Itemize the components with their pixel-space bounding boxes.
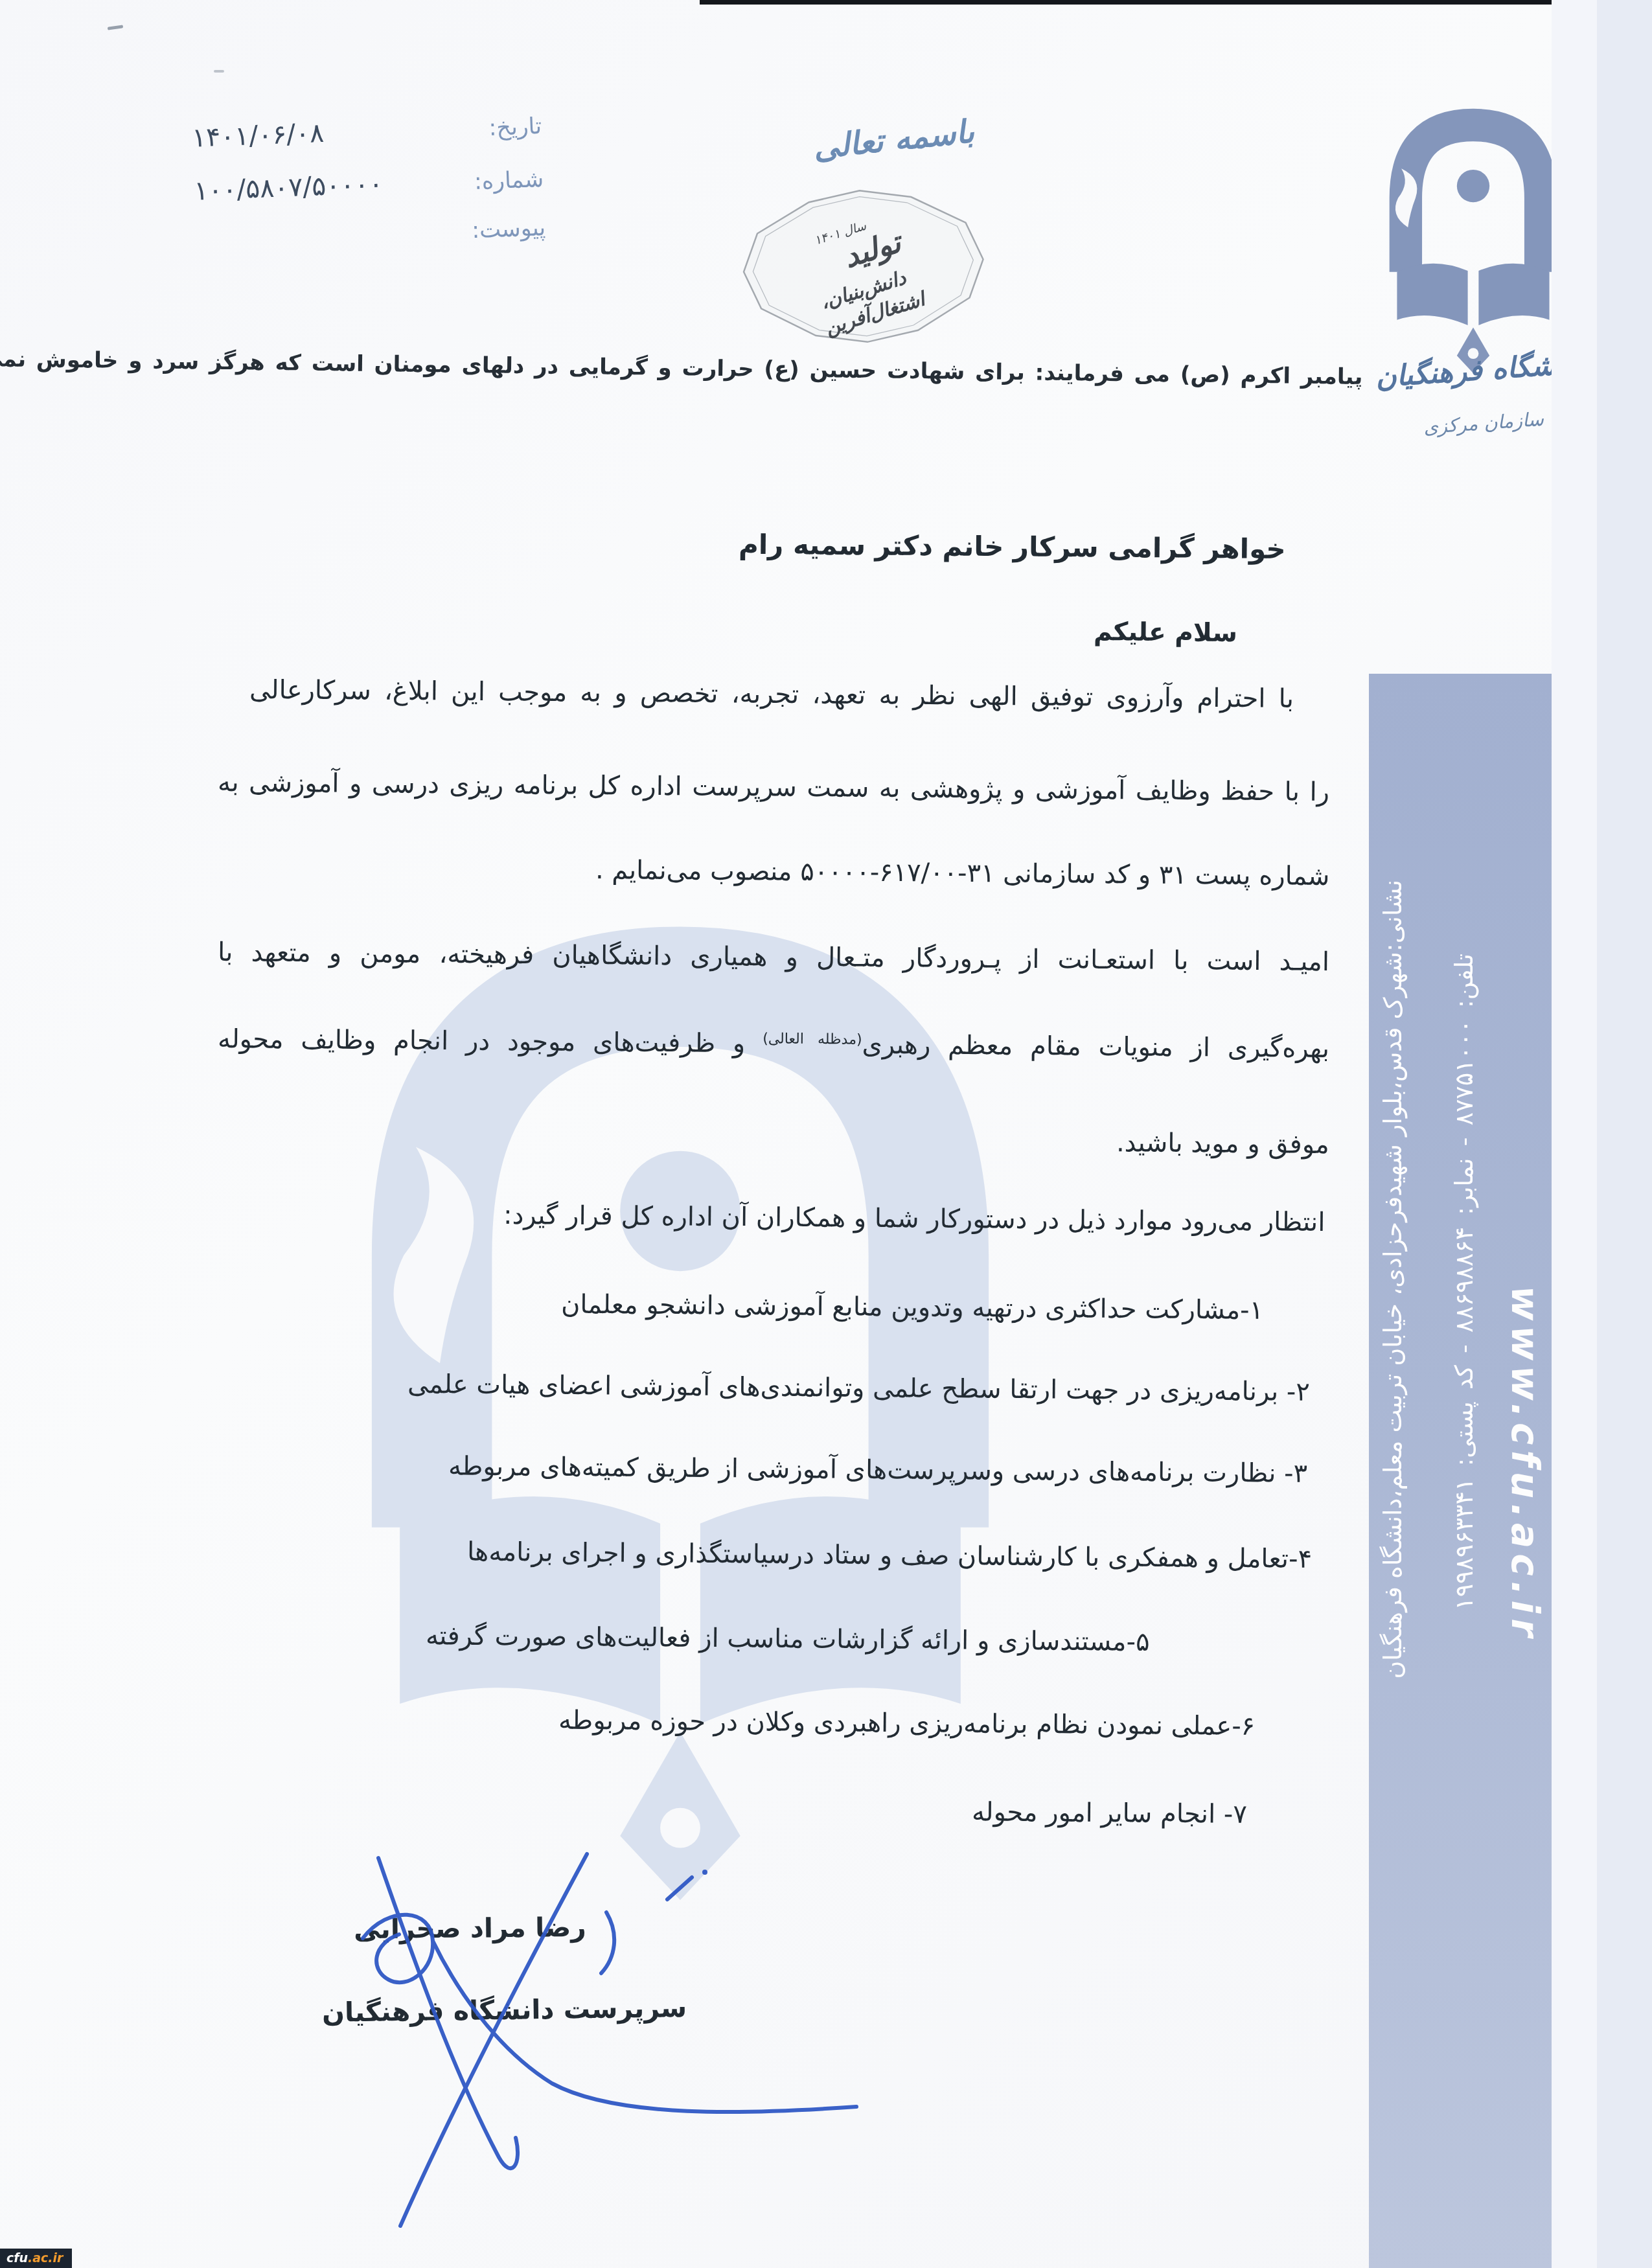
leader-honorific-superscript: (مدظله العالی) [763,1031,862,1048]
badge-cfu-text: cfu [6,2251,28,2265]
date-value: ۱۴۰۱/۰۶/۰۸ [191,117,325,154]
duty-item-2: ۲- برنامه‌ریزی در جهت ارتقا سطح علمی وتو… [407,1367,1310,1410]
duty-item-1: ۱-مشارکت حداکثری درتهیه وتدوین منابع آمو… [561,1287,1264,1328]
scan-dash-mark [214,70,224,73]
scan-dash-mark [108,25,123,30]
signer-name: رضا مراد صحرایی [354,1910,586,1947]
duty-item-6: ۶-عملی نمودن نظام برنامه‌ریزی راهبردی وک… [558,1703,1256,1744]
bismillah-calligraphy: باسمه تعالی [812,114,964,166]
paragraph2-line3: موفق و موید باشید. [1116,1125,1329,1162]
paragraph1-line1: با احترام وآرزوی توفیق الهی نظر به تعهد،… [249,672,1294,716]
scanned-letter-page: تاریخ: ۱۴۰۱/۰۶/۰۸ شماره: ۱۰۰/۵۸۰۷/۵۰۰۰۰ … [0,0,1652,2268]
attachment-label: پیوست: [472,215,546,244]
duty-item-7: ۷- انجام سایر امور محوله [972,1794,1247,1832]
phone-fax-postal-vertical-text: تلفن: ۸۷۷۵۱۰۰۰ - نمابر: ۸۸۶۹۸۸۶۴ - کد پس… [1450,954,1478,1610]
addressee-line: خواهر گرامی سرکار خانم دکتر سمیه رام [739,527,1286,568]
duty-item-3: ۳- نظارت برنامه‌های درسی وسرپرست‌های آمو… [448,1449,1307,1491]
website-vertical-text: www.cfu.ac.ir [1503,1286,1547,1642]
duty-item-4: ۴-تعامل و همفکری با کارشناسان صف و ستاد … [467,1535,1312,1577]
badge-acir-text: .ac.ir [28,2251,63,2265]
paragraph2-line2-rest: و ظرفیت‌های موجود در انجام وظایف محوله [218,1024,746,1059]
number-label: شماره: [474,166,544,195]
number-value: ۱۰۰/۵۸۰۷/۵۰۰۰۰ [194,168,384,206]
meta-row-date: تاریخ: ۱۴۰۱/۰۶/۰۸ [191,109,542,154]
letter-meta-block: تاریخ: ۱۴۰۱/۰۶/۰۸ شماره: ۱۰۰/۵۸۰۷/۵۰۰۰۰ … [191,109,547,277]
expectation-line: انتظار می‌رود موارد ذیل در دستورکار شما … [503,1198,1325,1240]
address-vertical-text: نشانی:شهرک قدس،بلوار شهیدفرحزادی، خیابان… [1379,880,1407,1679]
paragraph2-line2: بهره‌گیری از منویات مقام معظم رهبری(مدظل… [218,1022,1329,1066]
site-watermark-badge: cfu.ac.ir [0,2249,72,2268]
paragraph2-line2-text: بهره‌گیری از منویات مقام معظم رهبری [862,1030,1329,1064]
meta-row-attachment: پیوست: [196,215,546,255]
duty-item-5: ۵-مستندسازی و ارائه گزارشات مناسب از فعا… [426,1618,1150,1660]
meta-row-number: شماره: ۱۰۰/۵۸۰۷/۵۰۰۰۰ [194,162,544,207]
signer-title: سرپرست دانشگاه فرهنگیان [322,1990,687,2031]
paragraph1-line2: را با حفظ وظایف آموزشی و پژوهشی به سمت س… [218,765,1329,810]
paragraph2-line1: امیـد است با استعـانت از پـروردگار متـعا… [218,935,1329,979]
right-edge-strip [1597,0,1652,2268]
scan-edge-line [700,0,1652,5]
year-1401-emblem: سال ۱۴۰۱ تولید دانش‌بنیان، اشتغال‌آفرین [735,180,993,356]
date-label: تاریخ: [488,113,542,141]
hadith-line: پیامبر اکرم (ص) می فرمایند: برای شهادت ح… [0,345,1362,390]
right-margin-strip [1552,0,1597,2268]
paragraph1-line3: شماره پست ۳۱ و کد سازمانی ۳۱-۶۱۷/۰۰-۵۰۰۰… [595,853,1329,894]
salutation-line: سلام علیکم [1094,615,1237,651]
